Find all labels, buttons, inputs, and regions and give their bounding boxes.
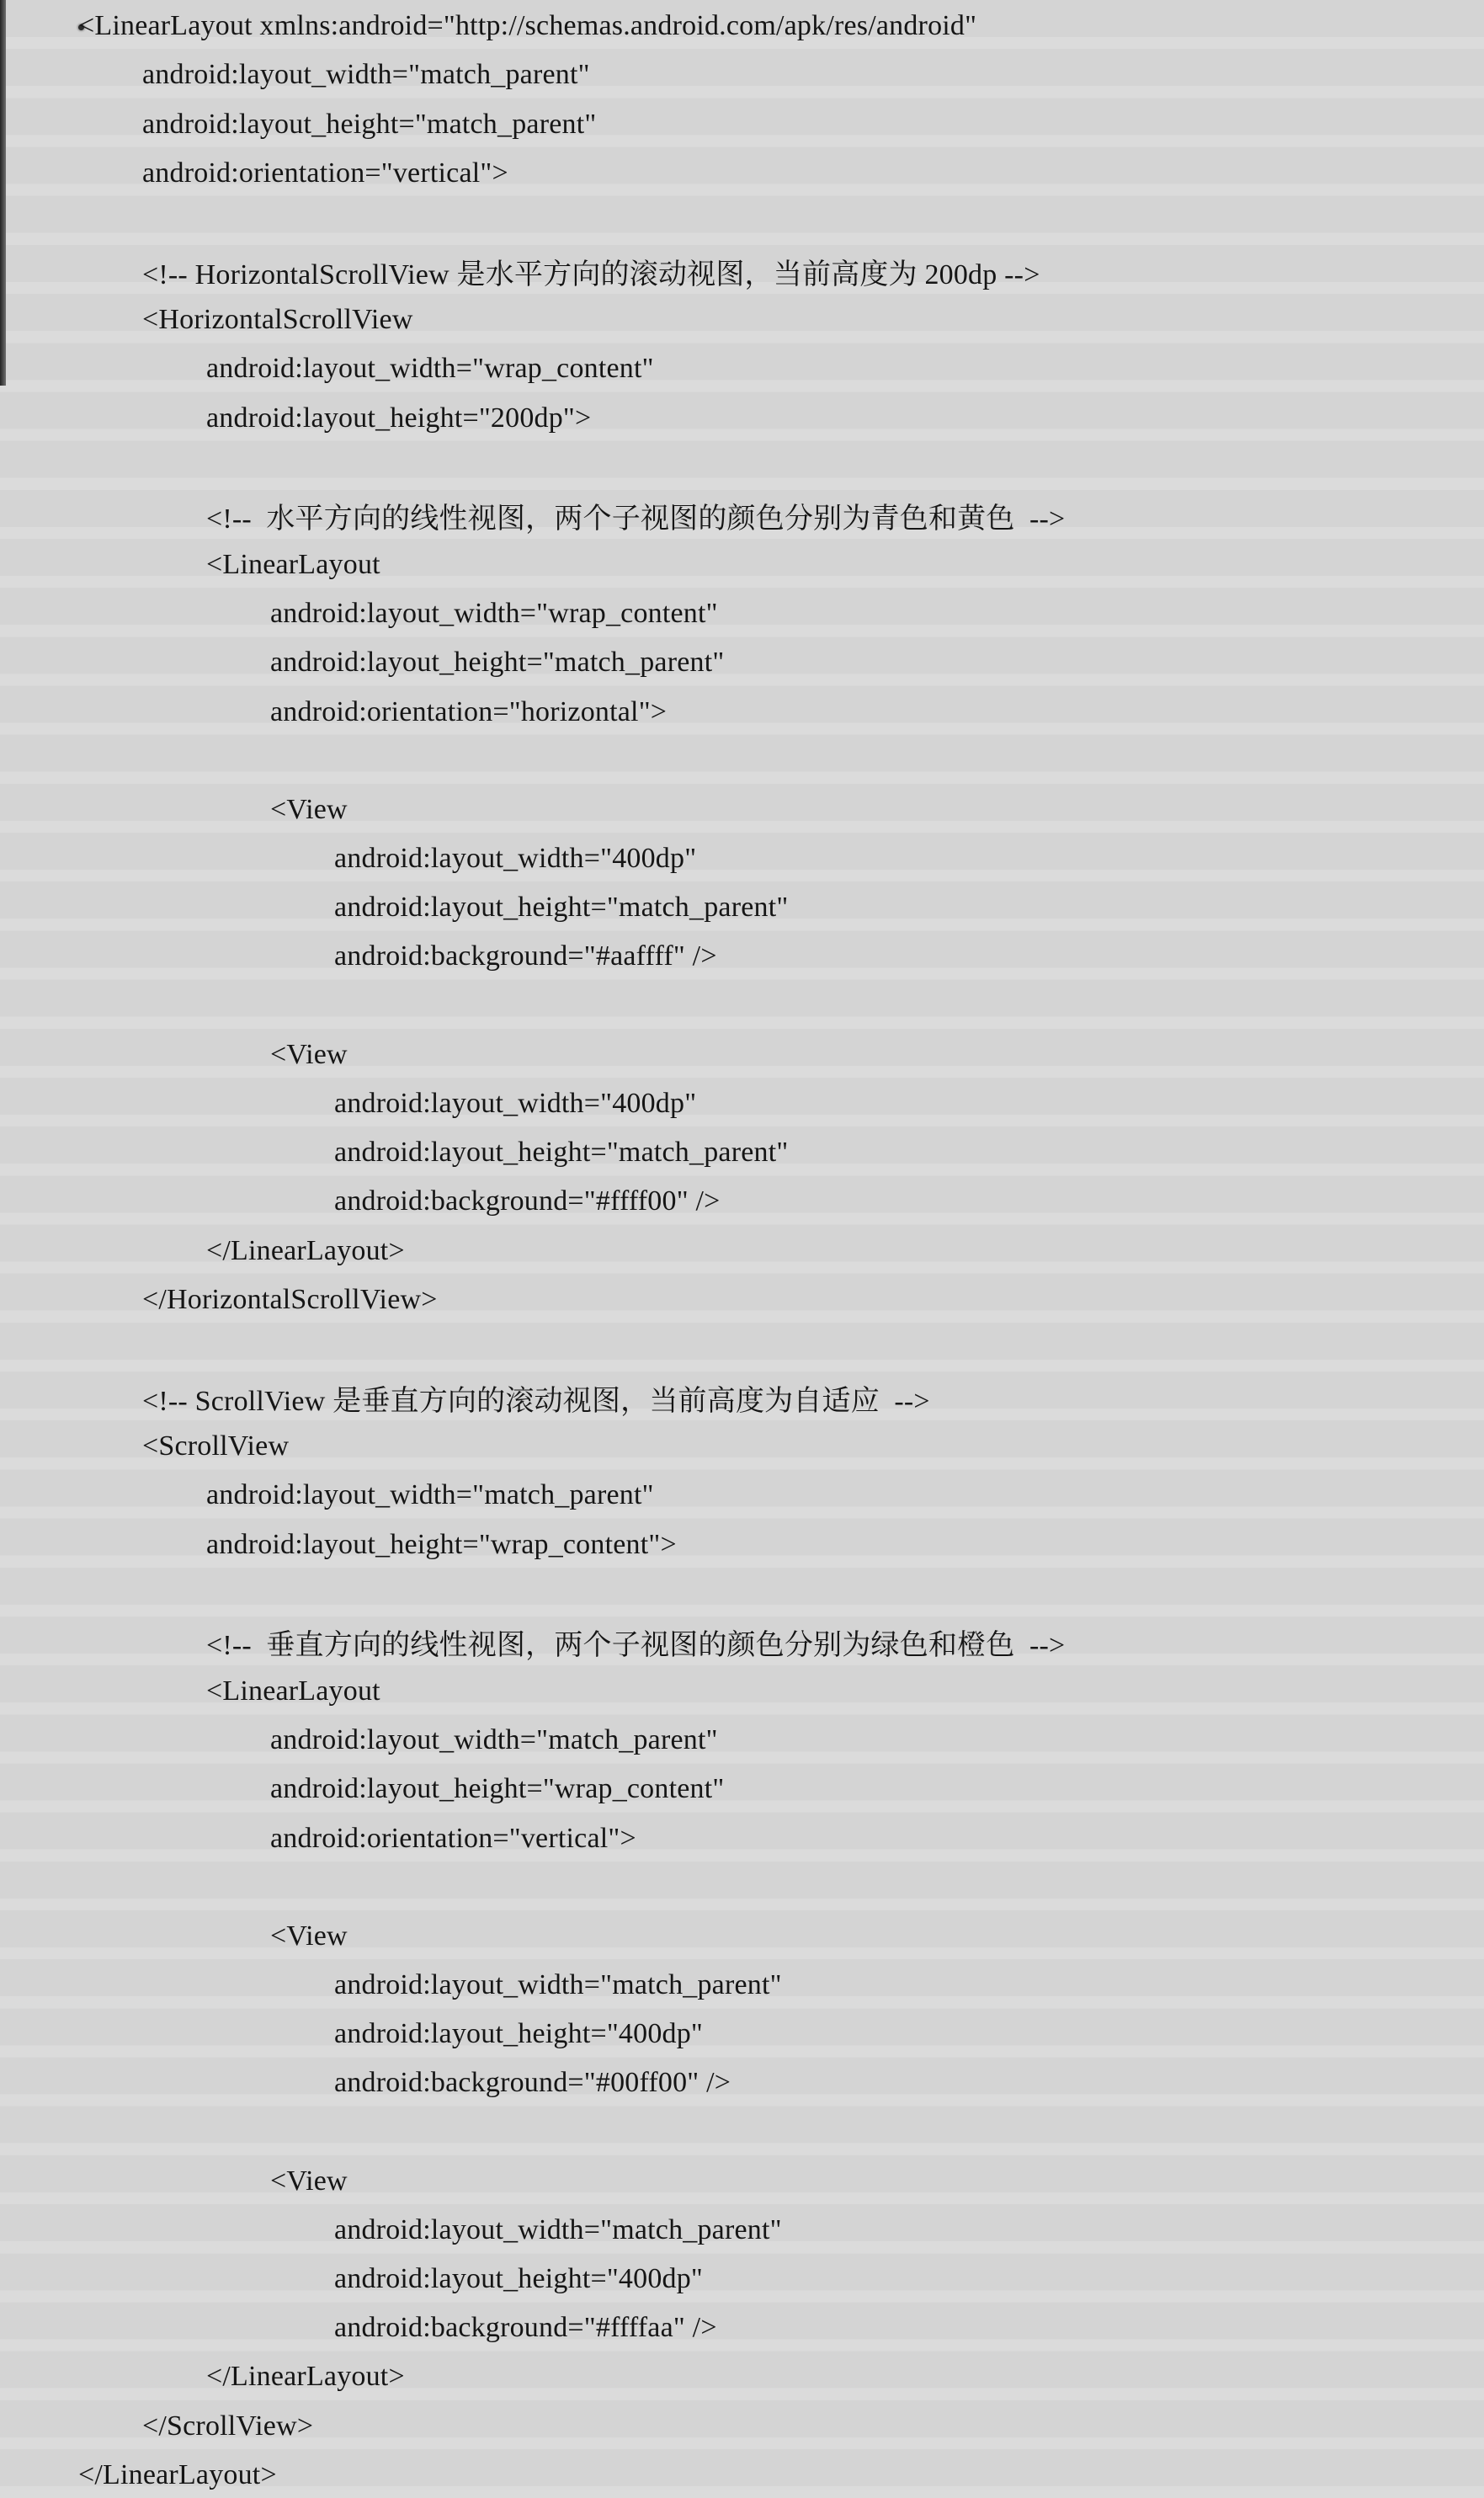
code-text: android:layout_width="match_parent" [206,1479,654,1511]
code-text: android:orientation="horizontal"> [270,696,667,728]
code-line: <View [0,2155,1484,2204]
code-text: android:layout_width="400dp" [334,1088,696,1120]
code-line: android:background="#aaffff" /> [0,930,1484,979]
code-line: android:layout_width="400dp" [0,1078,1484,1126]
code-text: android:background="#00ff00" /> [334,2067,731,2099]
blank-line [0,2106,1484,2154]
code-line: android:layout_height="match_parent" [0,98,1484,146]
code-line: <HorizontalScrollView [0,294,1484,343]
code-text: android:background="#aaffff" /> [334,940,717,972]
code-line: <ScrollView [0,1420,1484,1469]
code-line: android:layout_width="match_parent" [0,1469,1484,1518]
code-line: </HorizontalScrollView> [0,1273,1484,1322]
code-text: android:layout_height="wrap_content"> [206,1529,677,1561]
code-line: android:layout_height="wrap_content" [0,1763,1484,1812]
code-text: android:layout_width="match_parent" [334,2214,782,2246]
code-line: android:layout_width="match_parent" [0,49,1484,98]
code-line: android:background="#ffffaa" /> [0,2302,1484,2351]
code-text: android:background="#ffff00" /> [334,1185,721,1217]
blank-line [0,1323,1484,1372]
blank-line [0,979,1484,1028]
code-line: <View [0,1910,1484,1959]
code-document: <LinearLayout xmlns:android="http://sche… [0,0,1484,2498]
code-text: android:layout_height="match_parent" [142,109,596,141]
code-text: android:layout_height="200dp"> [206,402,591,434]
code-text: <!-- 水平方向的线性视图，两个子视图的颜色分别为青色和黄色 --> [206,495,1065,536]
code-line: </LinearLayout> [0,2351,1484,2399]
code-text: android:orientation="vertical"> [142,157,508,189]
code-text: <View [270,794,348,826]
code-line: <!-- ScrollView 是垂直方向的滚动视图，当前高度为自适应 --> [0,1372,1484,1420]
blank-line [0,441,1484,490]
code-line: android:layout_width="match_parent" [0,2204,1484,2253]
code-text: <View [270,1039,348,1071]
scanned-page: <LinearLayout xmlns:android="http://sche… [0,0,1484,2498]
blank-line [0,1862,1484,1910]
code-line: <View [0,784,1484,833]
code-text: <LinearLayout [206,1675,380,1707]
code-text: android:layout_height="match_parent" [270,647,724,679]
code-line: android:layout_height="wrap_content"> [0,1518,1484,1567]
code-text: <!-- ScrollView 是垂直方向的滚动视图，当前高度为自适应 --> [142,1377,930,1419]
code-text: android:layout_height="400dp" [334,2018,703,2050]
code-text: <HorizontalScrollView [142,304,413,336]
code-text: </LinearLayout> [206,2361,405,2393]
code-line: android:layout_height="400dp" [0,2008,1484,2057]
code-text: android:background="#ffffaa" /> [334,2312,717,2344]
code-text: <!-- 垂直方向的线性视图，两个子视图的颜色分别为绿色和橙色 --> [206,1622,1065,1663]
code-text: </LinearLayout> [206,1235,405,1267]
code-text: </LinearLayout> [78,2459,277,2491]
code-text: <LinearLayout xmlns:android="http://sche… [78,10,976,42]
code-line: <View [0,1029,1484,1078]
code-text: android:layout_height="match_parent" [334,1137,788,1169]
code-text: <View [270,1920,348,1952]
code-line: </LinearLayout> [0,2449,1484,2498]
code-line: android:layout_height="200dp"> [0,391,1484,440]
code-text: <View [270,2165,348,2197]
code-line: android:layout_width="match_parent" [0,1714,1484,1763]
code-line: android:layout_height="match_parent" [0,1126,1484,1175]
code-text: android:layout_width="400dp" [334,843,696,875]
code-line: <!-- 垂直方向的线性视图，两个子视图的颜色分别为绿色和橙色 --> [0,1617,1484,1665]
blank-line [0,735,1484,784]
code-line: android:layout_height="match_parent" [0,636,1484,685]
code-line: <LinearLayout [0,539,1484,588]
code-line: android:orientation="vertical"> [0,147,1484,196]
code-line: android:layout_height="match_parent" [0,881,1484,930]
code-line: android:orientation="vertical"> [0,1812,1484,1861]
code-line: android:background="#ffff00" /> [0,1175,1484,1224]
code-line: <!-- 水平方向的线性视图，两个子视图的颜色分别为青色和黄色 --> [0,490,1484,539]
code-text: android:layout_width="match_parent" [334,1969,782,2001]
code-line: android:layout_height="400dp" [0,2253,1484,2302]
code-line: android:orientation="horizontal"> [0,685,1484,734]
code-text: android:layout_width="wrap_content" [206,353,654,385]
code-text: android:orientation="vertical"> [270,1823,636,1855]
code-line: android:layout_width="wrap_content" [0,588,1484,636]
code-text: android:layout_width="match_parent" [142,59,590,91]
code-text: android:layout_height="match_parent" [334,892,788,924]
blank-line [0,1568,1484,1617]
code-line: <LinearLayout xmlns:android="http://sche… [0,0,1484,49]
code-line: android:layout_width="400dp" [0,833,1484,881]
code-text: android:layout_width="wrap_content" [270,598,718,630]
code-line: android:layout_width="match_parent" [0,1959,1484,2008]
blank-line [0,196,1484,245]
code-text: </HorizontalScrollView> [142,1284,438,1316]
code-text: <ScrollView [142,1430,289,1462]
code-line: android:layout_width="wrap_content" [0,343,1484,391]
code-text: </ScrollView> [142,2410,313,2442]
code-line: <LinearLayout [0,1665,1484,1714]
code-text: <LinearLayout [206,549,380,581]
code-line: <!-- HorizontalScrollView 是水平方向的滚动视图，当前高… [0,245,1484,294]
code-line: </LinearLayout> [0,1224,1484,1273]
code-line: android:background="#00ff00" /> [0,2057,1484,2106]
code-text: android:layout_height="400dp" [334,2263,703,2295]
code-line: </ScrollView> [0,2399,1484,2448]
code-text: android:layout_width="match_parent" [270,1724,718,1756]
code-text: android:layout_height="wrap_content" [270,1773,724,1805]
code-text: <!-- HorizontalScrollView 是水平方向的滚动视图，当前高… [142,251,1040,292]
